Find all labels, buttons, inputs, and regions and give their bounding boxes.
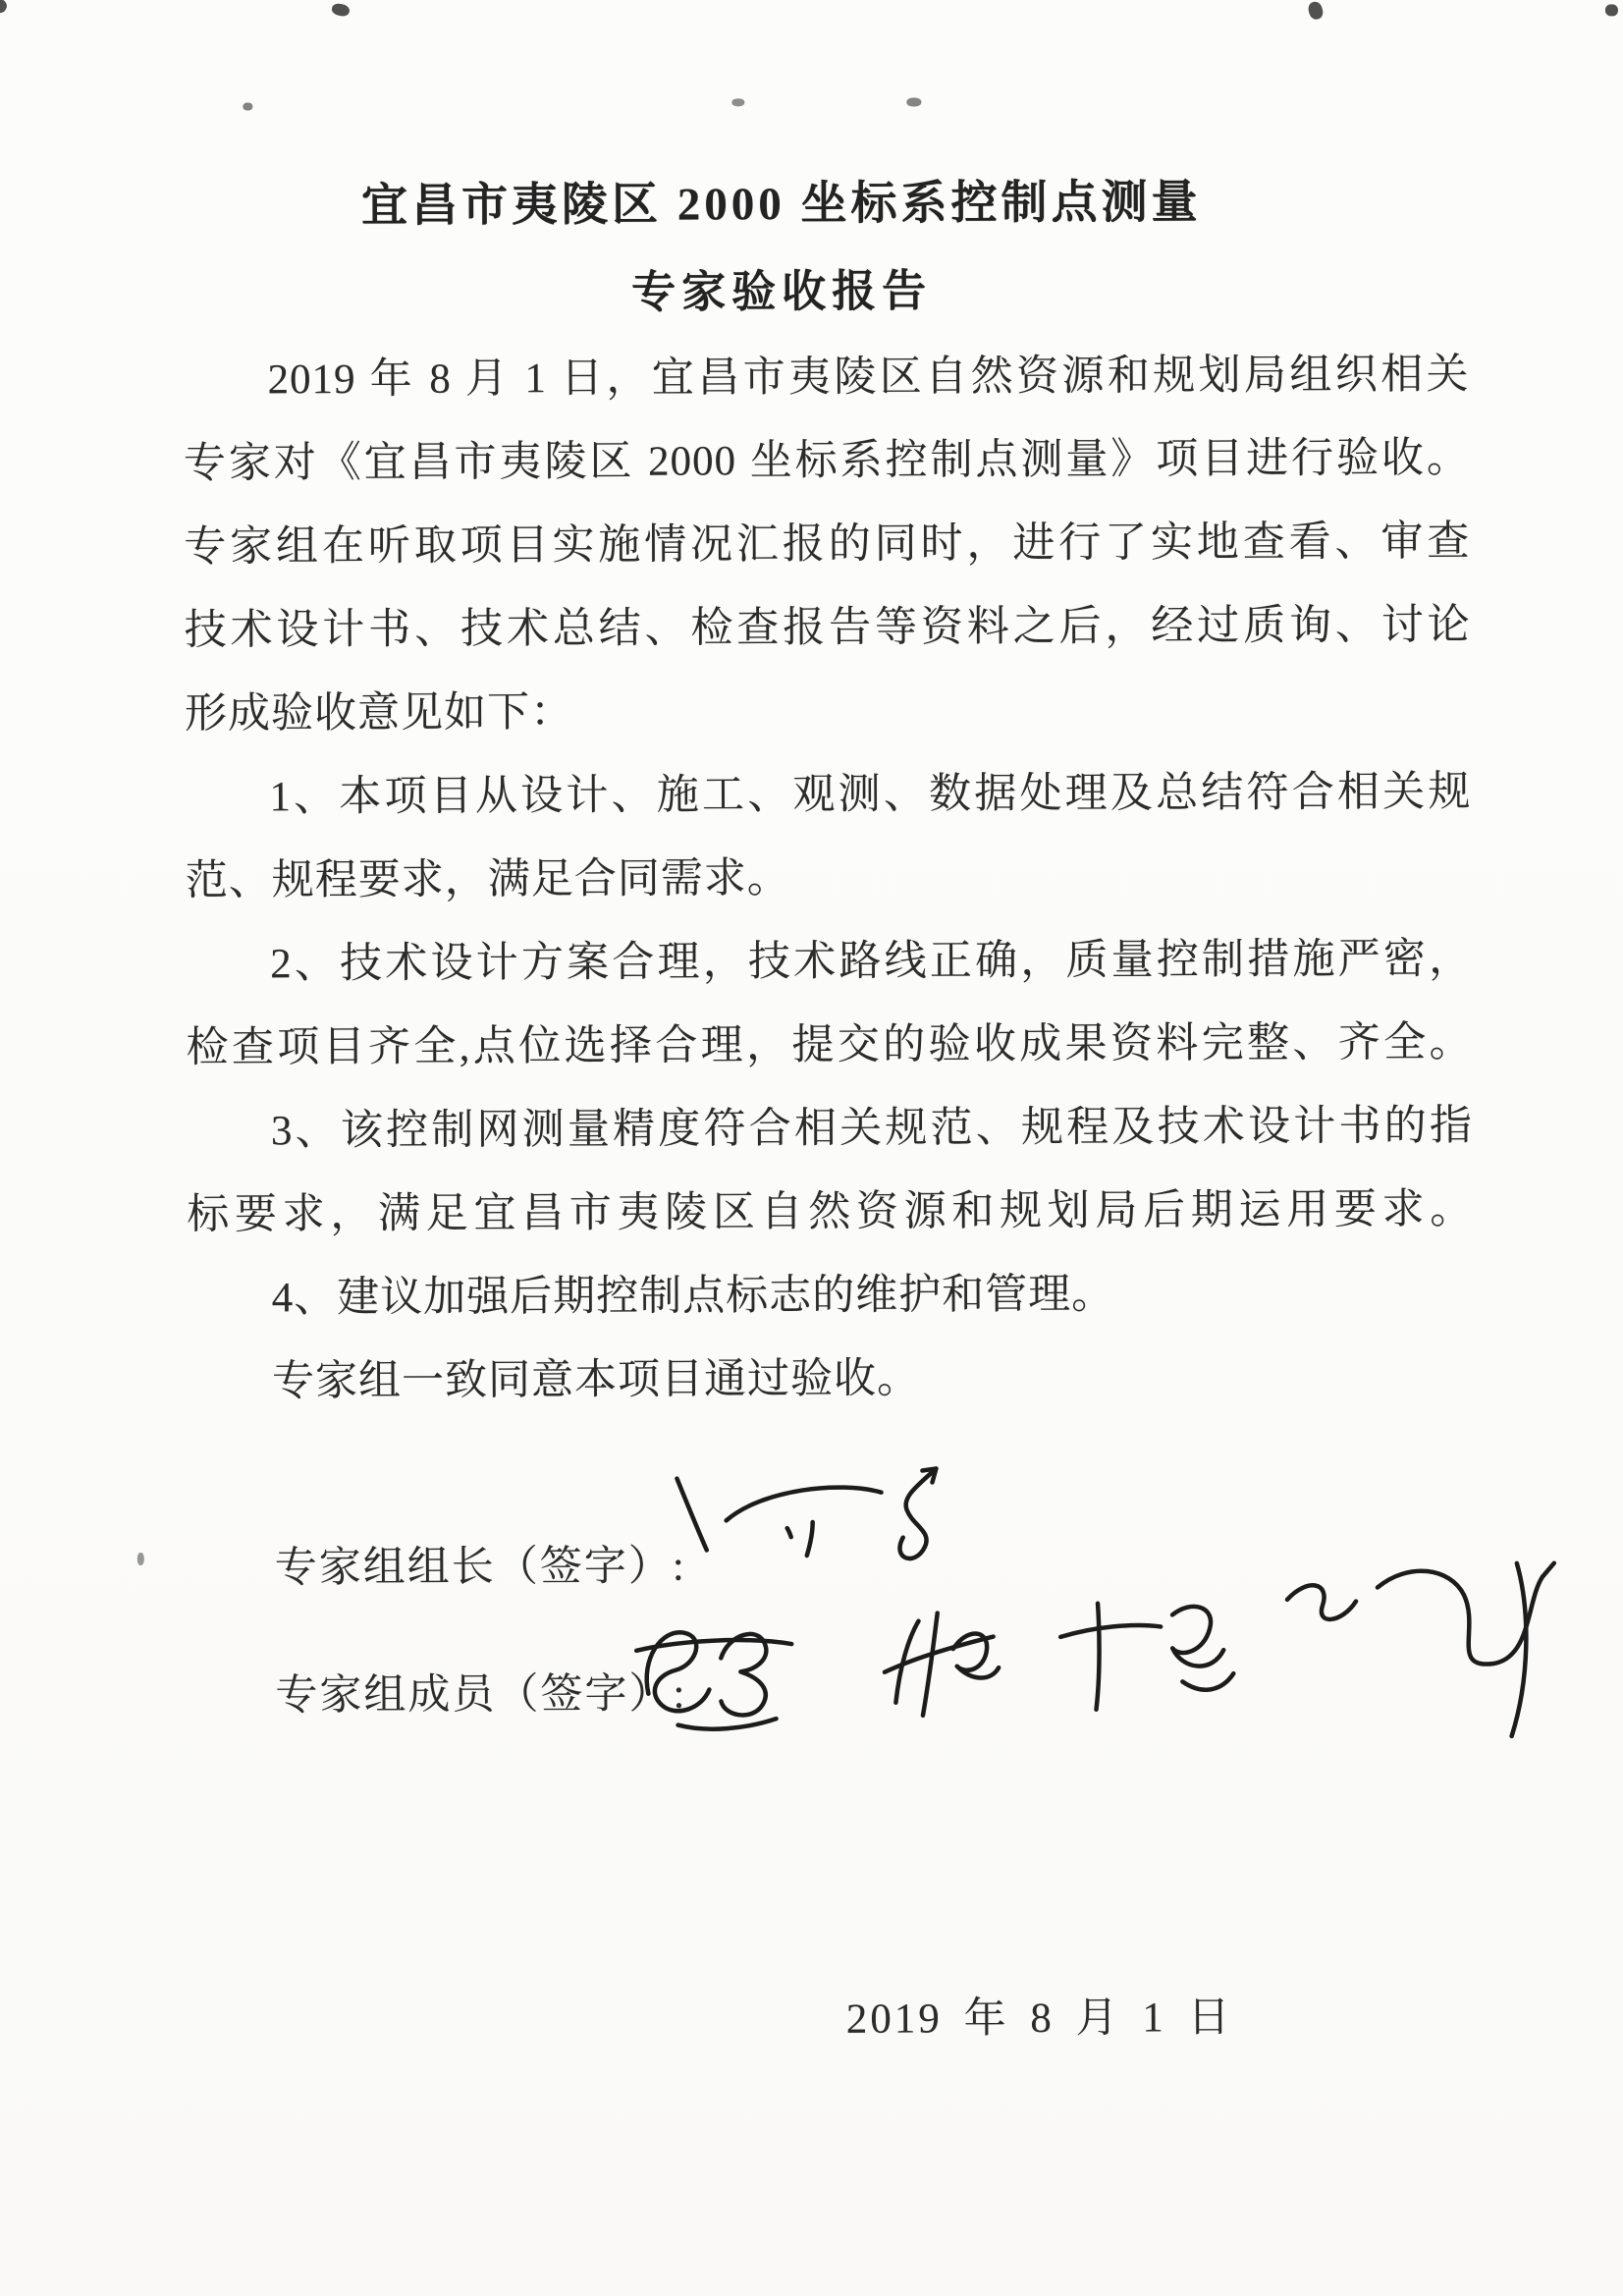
body-line: 形成验收意见如下： — [185, 667, 1471, 756]
body-line: 3、该控制网测量精度符合相关规范、规程及技术设计书的指 — [187, 1084, 1473, 1174]
handwritten-signature-member-1 — [619, 1599, 811, 1747]
document-body: 2019 年 8 月 1 日，宜昌市夷陵区自然资源和规划局组织相关 专家对《宜昌… — [183, 333, 1474, 1424]
handwritten-signature-member-2 — [841, 1584, 1023, 1744]
paragraph-item-3: 3、该控制网测量精度符合相关规范、规程及技术设计书的指 标要求，满足宜昌市夷陵区… — [187, 1084, 1474, 1257]
body-line: 专家对《宜昌市夷陵区 2000 坐标系控制点测量》项目进行验收。 — [184, 416, 1470, 506]
body-line: 专家组一致同意本项目通过验收。 — [188, 1335, 1474, 1424]
body-line: 4、建议加强后期控制点标志的维护和管理。 — [187, 1251, 1473, 1340]
document-content: 宜昌市夷陵区 2000 坐标系控制点测量 专家验收报告 2019 年 8 月 1… — [0, 0, 1623, 2296]
handwritten-signature-member-4 — [1254, 1544, 1579, 1761]
body-line: 专家组在听取项目实施情况汇报的同时，进行了实地查看、审查 — [184, 500, 1470, 589]
leader-signature-label: 专家组组长（签字）: — [275, 1533, 686, 1595]
scan-artifact — [906, 98, 921, 107]
scan-artifact — [331, 2, 351, 17]
scan-artifact — [731, 98, 744, 106]
handwritten-signature-leader — [649, 1443, 954, 1601]
body-line: 检查项目齐全,点位选择合理，提交的验收成果资料完整、齐全。 — [186, 1001, 1472, 1090]
body-line: 技术设计书、技术总结、检查报告等资料之后，经过质询、讨论 — [185, 583, 1471, 673]
paragraph-item-1: 1、本项目从设计、施工、观测、数据处理及总结符合相关规 范、规程要求，满足合同需… — [185, 750, 1472, 923]
scan-artifact — [243, 102, 252, 110]
paragraph-item-4: 4、建议加强后期控制点标志的维护和管理。 — [187, 1251, 1473, 1340]
document-title: 宜昌市夷陵区 2000 坐标系控制点测量 — [35, 164, 1528, 237]
paragraph-item-2: 2、技术设计方案合理，技术路线正确，质量控制措施严密， 检查项目齐全,点位选择合… — [186, 917, 1473, 1090]
scan-artifact — [1307, 0, 1325, 21]
paragraph-intro: 2019 年 8 月 1 日，宜昌市夷陵区自然资源和规划局组织相关 专家对《宜昌… — [183, 333, 1471, 756]
body-line: 范、规程要求，满足合同需求。 — [186, 834, 1472, 923]
scan-artifact — [137, 1553, 144, 1565]
scanned-document-page: 宜昌市夷陵区 2000 坐标系控制点测量 专家验收报告 2019 年 8 月 1… — [0, 0, 1623, 2296]
body-line: 标要求，满足宜昌市夷陵区自然资源和规划局后期运用要求。 — [187, 1168, 1473, 1257]
paragraph-closing: 专家组一致同意本项目通过验收。 — [188, 1335, 1474, 1424]
scan-artifact — [1605, 4, 1618, 16]
handwritten-signature-member-3 — [1035, 1579, 1247, 1737]
body-line: 2019 年 8 月 1 日，宜昌市夷陵区自然资源和规划局组织相关 — [183, 333, 1469, 422]
document-subtitle: 专家验收报告 — [35, 252, 1528, 323]
scan-artifact — [0, 0, 9, 16]
document-date: 2019 年 8 月 1 日 — [846, 1984, 1233, 2046]
body-line: 2、技术设计方案合理，技术路线正确，质量控制措施严密， — [186, 917, 1472, 1007]
body-line: 1、本项目从设计、施工、观测、数据处理及总结符合相关规 — [185, 750, 1471, 840]
